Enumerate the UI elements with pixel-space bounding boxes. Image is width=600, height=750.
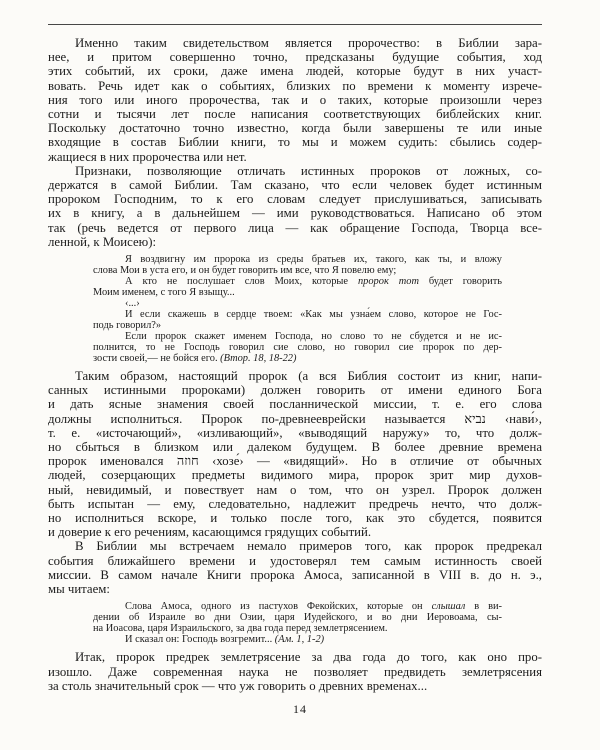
text-line: этих событий, их сроки, даже имена людей… bbox=[48, 64, 542, 78]
text-line: на Иоасова, царя Израильского, за два го… bbox=[93, 623, 502, 634]
paragraph: Я воздвигну им пророка из среды братьев … bbox=[93, 254, 502, 276]
text-line: людей, созерцающих предметы видимого мир… bbox=[48, 468, 542, 482]
body-block: В Библии мы встречаем немало примеров то… bbox=[48, 539, 542, 596]
text-line: И если скажешь в сердце твоем: «Как мы у… bbox=[93, 309, 502, 320]
text-line: И сказал он: Господь возгремит... (Ам. 1… bbox=[93, 634, 502, 645]
text-line: ‹...› bbox=[93, 298, 502, 309]
text-line: дении об Израиле во дни Озии, царя Иудей… bbox=[93, 612, 502, 623]
text-line: события ближайшего времени и удостоверял… bbox=[48, 554, 542, 568]
text-line: и дать ясные знамения своей посланническ… bbox=[48, 397, 542, 411]
paragraph: Именно таким свидетельством является про… bbox=[48, 36, 542, 164]
paragraph: ‹...› bbox=[93, 298, 502, 309]
text-segment: Слова Амоса, одного из пастухов Фекойски… bbox=[125, 601, 432, 612]
text-line: Если пророк скажет именем Господа, но сл… bbox=[93, 331, 502, 342]
text-line: Таким образом, настоящий пророк (а вся Б… bbox=[48, 369, 542, 383]
text-line: за столь значительный срок — что уж гово… bbox=[48, 679, 542, 693]
text-line: пророк именовался חוזה ‹хозе́› — «видящи… bbox=[48, 454, 542, 468]
text-line: Я воздвигну им пророка из среды братьев … bbox=[93, 254, 502, 265]
text-line: вовать. Речь идет как о событиях, близки… bbox=[48, 79, 542, 93]
text-line: Моим именем, с того Я взыщу... bbox=[93, 287, 502, 298]
italic-text: слышал bbox=[432, 601, 466, 612]
text-line: подь говорил?» bbox=[93, 320, 502, 331]
text-line: мы читаем: bbox=[48, 582, 542, 596]
text-line: В Библии мы встречаем немало примеров то… bbox=[48, 539, 542, 553]
paragraph: Итак, пророк предрек землетрясение за дв… bbox=[48, 650, 542, 693]
italic-text: (Втор. 18, 18-22) bbox=[220, 353, 296, 364]
text-line: так (речь ведется от первого лица — как … bbox=[48, 221, 542, 235]
text-line: зости своей,— не бойся его. (Втор. 18, 1… bbox=[93, 353, 502, 364]
text-line: т. е. «источающий», «изливающий», «вывод… bbox=[48, 426, 542, 440]
text-line: изошло. Даже современная наука не позвол… bbox=[48, 665, 542, 679]
paragraph: А кто не послушает слов Моих, которые пр… bbox=[93, 276, 502, 298]
body-block: Таким образом, настоящий пророк (а вся Б… bbox=[48, 369, 542, 539]
text-segment: в ви- bbox=[465, 601, 502, 612]
text-line: А кто не послушает слов Моих, которые пр… bbox=[93, 276, 502, 287]
text-line: полнится, то не Господь говорил сие слов… bbox=[93, 342, 502, 353]
paragraph: Слова Амоса, одного из пастухов Фекойски… bbox=[93, 601, 502, 634]
body-block: Именно таким свидетельством является про… bbox=[48, 36, 542, 164]
text-line: миссии. В самом начале Книги пророка Амо… bbox=[48, 568, 542, 582]
body-block: Итак, пророк предрек землетрясение за дв… bbox=[48, 650, 542, 693]
book-page: Именно таким свидетельством является про… bbox=[0, 0, 600, 750]
text-line: держатся в самой Библии. Там сказано, чт… bbox=[48, 178, 542, 192]
text-line: сотни и тысячи лет после написания соотв… bbox=[48, 107, 542, 121]
text-segment: А кто не послушает слов Моих, которые bbox=[125, 276, 358, 287]
body-block: Признаки, позволяющие отличать истинных … bbox=[48, 164, 542, 249]
text-line: должны исполниться. Пророк по-древнеевре… bbox=[48, 412, 542, 426]
text-line: Слова Амоса, одного из пастухов Фекойски… bbox=[93, 601, 502, 612]
page-text: Именно таким свидетельством является про… bbox=[48, 36, 542, 693]
text-segment: будет говорить bbox=[419, 276, 502, 287]
block-quote: Я воздвигну им пророка из среды братьев … bbox=[93, 254, 502, 364]
text-line: Итак, пророк предрек землетрясение за дв… bbox=[48, 650, 542, 664]
paragraph: Таким образом, настоящий пророк (а вся Б… bbox=[48, 369, 542, 539]
paragraph: В Библии мы встречаем немало примеров то… bbox=[48, 539, 542, 596]
text-line: ленной, к Моисею): bbox=[48, 235, 542, 249]
text-line: пророком Господним, то к его словам след… bbox=[48, 192, 542, 206]
text-line: санных истинными пророками) должен говор… bbox=[48, 383, 542, 397]
paragraph: Если пророк скажет именем Господа, но сл… bbox=[93, 331, 502, 364]
text-line: слова Мои в уста его, и он будет говорит… bbox=[93, 265, 502, 276]
paragraph: Признаки, позволяющие отличать истинных … bbox=[48, 164, 542, 249]
text-segment: И сказал он: Господь возгремит... bbox=[125, 634, 275, 645]
text-line: входящие в состав Библии книги, то мы и … bbox=[48, 135, 542, 149]
italic-text: (Ам. 1, 1-2) bbox=[275, 634, 324, 645]
paragraph: И если скажешь в сердце твоем: «Как мы у… bbox=[93, 309, 502, 331]
text-line: Именно таким свидетельством является про… bbox=[48, 36, 542, 50]
page-number: 14 bbox=[0, 702, 600, 717]
text-segment: зости своей,— не бойся его. bbox=[93, 353, 220, 364]
text-line: Поскольку достаточно точно известно, ког… bbox=[48, 121, 542, 135]
text-line: их в книгу, а в дальнейшем — ими руковод… bbox=[48, 206, 542, 220]
header-rule bbox=[48, 24, 542, 25]
text-line: и доверие к его речениям, касающимся гря… bbox=[48, 525, 542, 539]
text-line: жащиеся в них пророчества или нет. bbox=[48, 150, 542, 164]
paragraph: И сказал он: Господь возгремит... (Ам. 1… bbox=[93, 634, 502, 645]
text-line: но исполниться вскоре, и только после то… bbox=[48, 511, 542, 525]
text-line: Признаки, позволяющие отличать истинных … bbox=[48, 164, 542, 178]
text-line: ния того или иного пророчества, так и о … bbox=[48, 93, 542, 107]
text-line: быть испытан — ему, следовательно, надле… bbox=[48, 497, 542, 511]
text-line: нее, и притом совершенно точно, предсказ… bbox=[48, 50, 542, 64]
text-line: ный, невидимый, и повествует нам о том, … bbox=[48, 483, 542, 497]
text-line: но сбыться в близком или далеком будущем… bbox=[48, 440, 542, 454]
block-quote: Слова Амоса, одного из пастухов Фекойски… bbox=[93, 601, 502, 645]
italic-text: пророк тот bbox=[358, 276, 419, 287]
